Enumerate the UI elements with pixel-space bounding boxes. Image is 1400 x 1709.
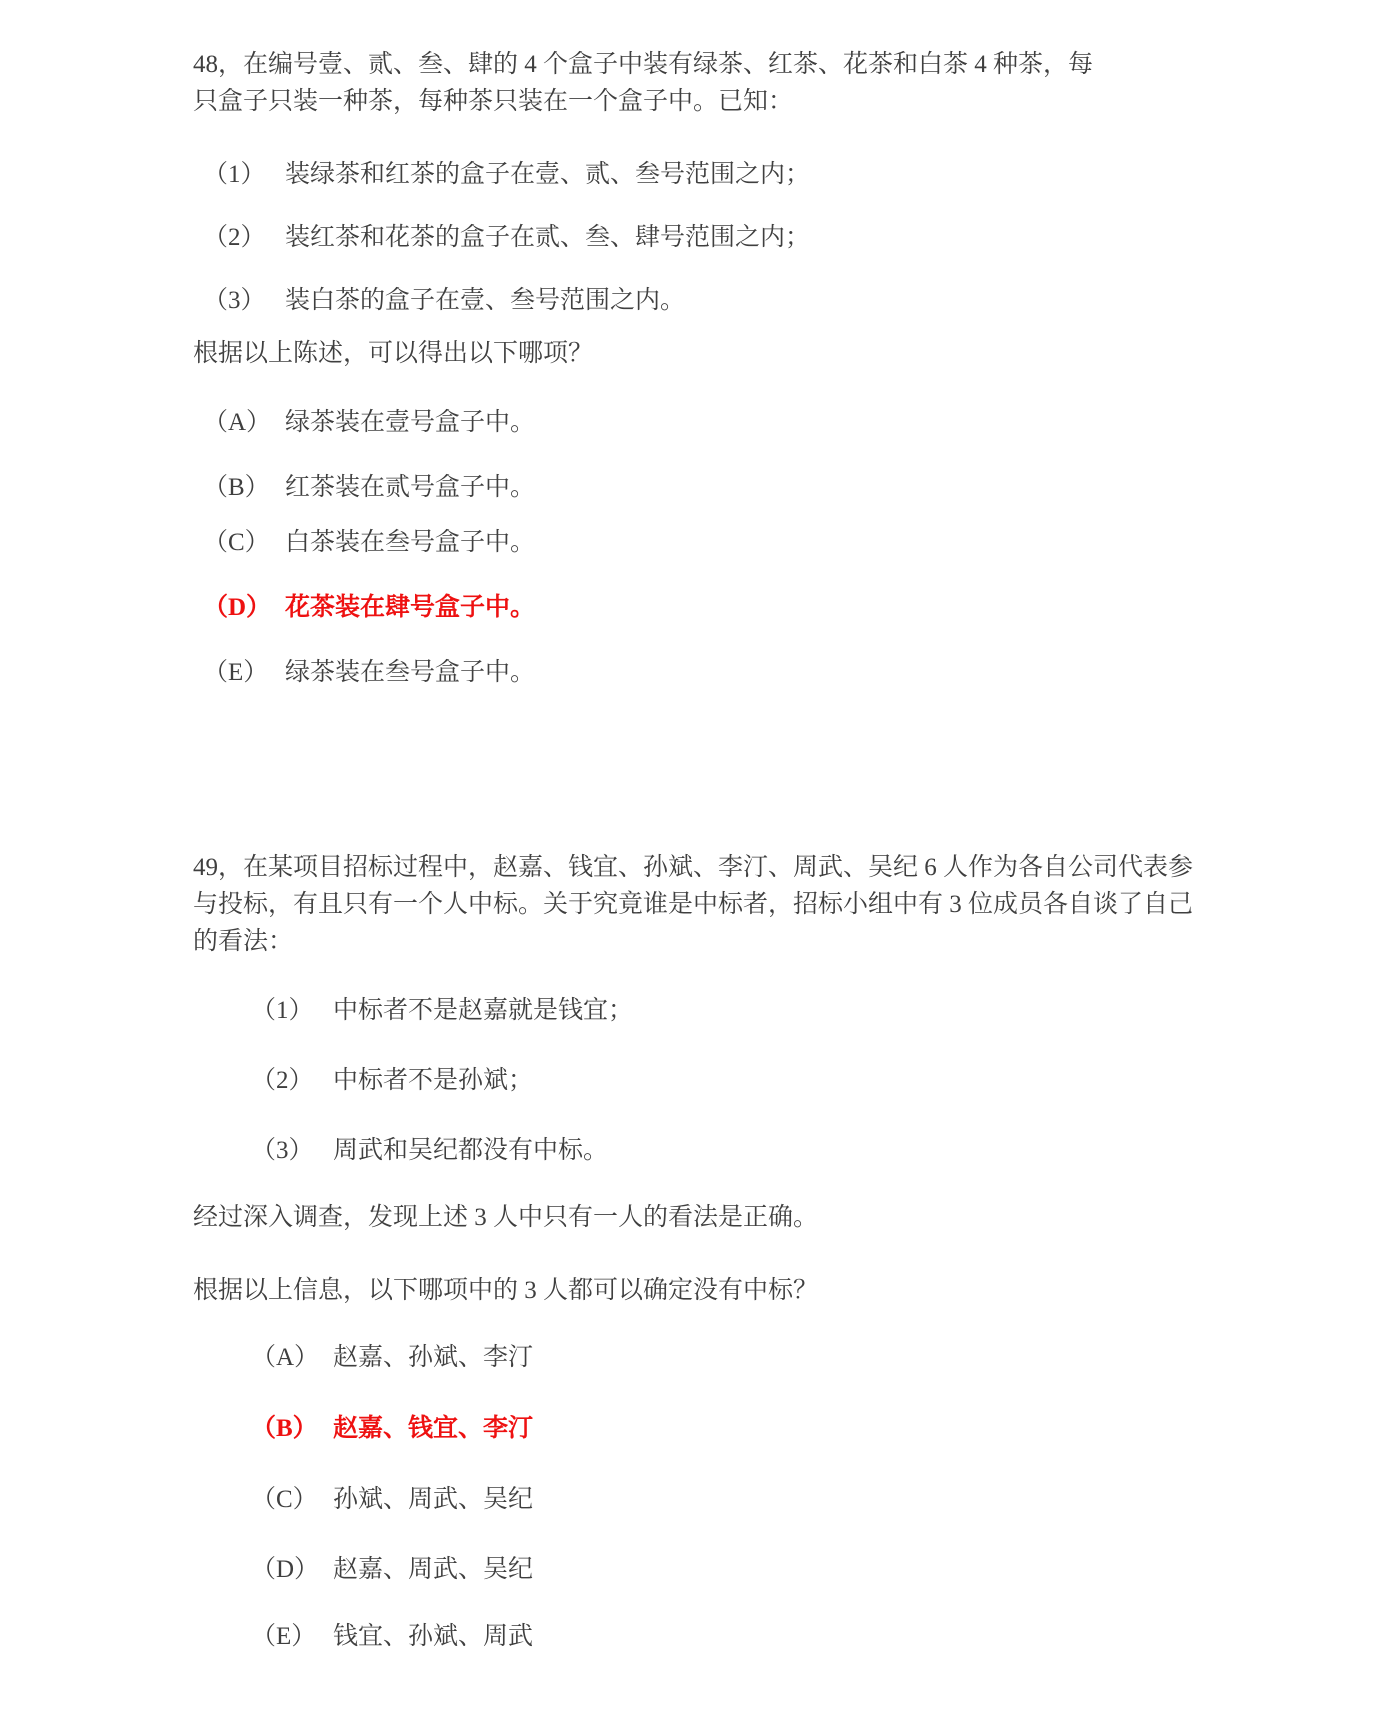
- q48-option-b: （B） 红茶装在贰号盒子中。: [203, 469, 1280, 506]
- q48-prompt: 根据以上陈述，可以得出以下哪项？: [193, 335, 1280, 372]
- q49-option-b-answer: （B） 赵嘉、钱宜、李汀: [251, 1410, 1280, 1447]
- question-48-stem: 48，在编号壹、贰、叁、肆的 4 个盒子中装有绿茶、红茶、花茶和白茶 4 种茶，…: [193, 46, 1108, 120]
- option-text: 孙斌、周武、吴纪: [333, 1481, 1280, 1518]
- q49-option-c: （C） 孙斌、周武、吴纪: [251, 1481, 1280, 1518]
- option-text: 绿茶装在壹号盒子中。: [285, 404, 1280, 441]
- q49-condition-1: （1） 中标者不是赵嘉就是钱宜；: [251, 992, 1280, 1029]
- option-label: （D）: [251, 1551, 333, 1588]
- option-label: （A）: [203, 404, 285, 441]
- condition-text: 中标者不是赵嘉就是钱宜；: [333, 992, 1280, 1029]
- option-text: 赵嘉、孙斌、李汀: [333, 1339, 1280, 1376]
- option-text: 赵嘉、钱宜、李汀: [333, 1410, 1280, 1447]
- option-text: 花茶装在肆号盒子中。: [285, 589, 1280, 626]
- option-text: 红茶装在贰号盒子中。: [285, 469, 1280, 506]
- q49-condition-3: （3） 周武和吴纪都没有中标。: [251, 1132, 1280, 1169]
- option-text: 钱宜、孙斌、周武: [333, 1618, 1280, 1655]
- q49-option-d: （D） 赵嘉、周武、吴纪: [251, 1551, 1280, 1588]
- condition-label: （1）: [203, 156, 285, 193]
- q49-investigation-note: 经过深入调查，发现上述 3 人中只有一人的看法是正确。: [193, 1199, 1280, 1236]
- option-text: 赵嘉、周武、吴纪: [333, 1551, 1280, 1588]
- option-label: （C）: [251, 1481, 333, 1518]
- condition-text: 装红茶和花茶的盒子在贰、叁、肆号范围之内；: [285, 219, 1280, 256]
- exam-page: 48，在编号壹、贰、叁、肆的 4 个盒子中装有绿茶、红茶、花茶和白茶 4 种茶，…: [0, 0, 1400, 1655]
- question-49-stem: 49，在某项目招标过程中，赵嘉、钱宜、孙斌、李汀、周武、吴纪 6 人作为各自公司…: [193, 849, 1213, 960]
- q49-prompt: 根据以上信息，以下哪项中的 3 人都可以确定没有中标？: [193, 1272, 1280, 1309]
- q48-option-e: （E） 绿茶装在叁号盒子中。: [203, 654, 1280, 691]
- q48-option-a: （A） 绿茶装在壹号盒子中。: [203, 404, 1280, 441]
- option-label: （B）: [203, 469, 285, 506]
- q49-condition-2: （2） 中标者不是孙斌；: [251, 1062, 1280, 1099]
- condition-label: （1）: [251, 992, 333, 1029]
- q48-condition-2: （2） 装红茶和花茶的盒子在贰、叁、肆号范围之内；: [203, 219, 1280, 256]
- condition-text: 中标者不是孙斌；: [333, 1062, 1280, 1099]
- option-text: 绿茶装在叁号盒子中。: [285, 654, 1280, 691]
- q48-condition-1: （1） 装绿茶和红茶的盒子在壹、贰、叁号范围之内；: [203, 156, 1280, 193]
- option-label: （D）: [203, 589, 285, 626]
- question-48: 48，在编号壹、贰、叁、肆的 4 个盒子中装有绿茶、红茶、花茶和白茶 4 种茶，…: [193, 46, 1280, 691]
- condition-text: 装绿茶和红茶的盒子在壹、贰、叁号范围之内；: [285, 156, 1280, 193]
- option-label: （A）: [251, 1339, 333, 1376]
- condition-label: （3）: [203, 282, 285, 319]
- condition-label: （2）: [251, 1062, 333, 1099]
- condition-label: （2）: [203, 219, 285, 256]
- q48-option-d-answer: （D） 花茶装在肆号盒子中。: [203, 589, 1280, 626]
- q48-condition-3: （3） 装白茶的盒子在壹、叁号范围之内。: [203, 282, 1280, 319]
- q49-option-a: （A） 赵嘉、孙斌、李汀: [251, 1339, 1280, 1376]
- condition-label: （3）: [251, 1132, 333, 1169]
- q48-option-c: （C） 白茶装在叁号盒子中。: [203, 524, 1280, 561]
- question-49: 49，在某项目招标过程中，赵嘉、钱宜、孙斌、李汀、周武、吴纪 6 人作为各自公司…: [193, 849, 1280, 1655]
- option-label: （E）: [203, 654, 285, 691]
- option-label: （B）: [251, 1410, 333, 1447]
- condition-text: 周武和吴纪都没有中标。: [333, 1132, 1280, 1169]
- q49-option-e: （E） 钱宜、孙斌、周武: [251, 1618, 1280, 1655]
- option-text: 白茶装在叁号盒子中。: [285, 524, 1280, 561]
- option-label: （E）: [251, 1618, 333, 1655]
- option-label: （C）: [203, 524, 285, 561]
- condition-text: 装白茶的盒子在壹、叁号范围之内。: [285, 282, 1280, 319]
